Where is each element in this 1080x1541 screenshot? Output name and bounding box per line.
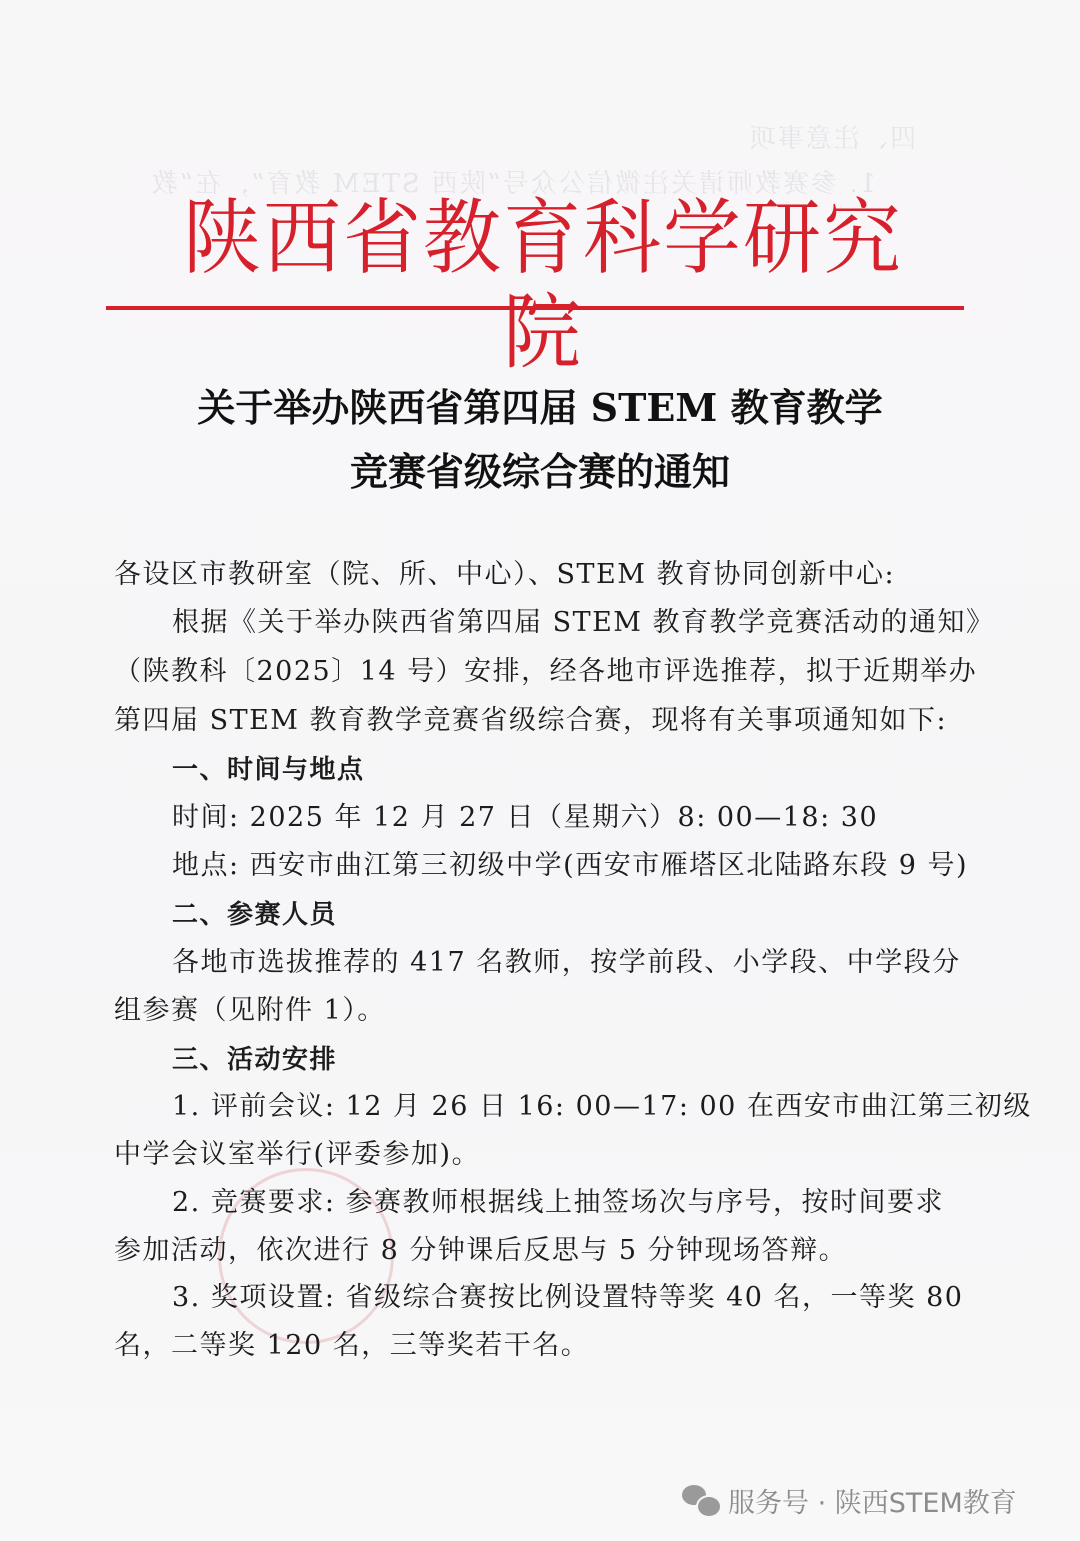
event-time: 时间: 2025 年 12 月 27 日（星期六）8: 00—18: 30 (172, 801, 878, 835)
schedule-item-1-cont: 中学会议室举行(评委参加)。 (114, 1138, 480, 1172)
letterhead-org-name: 陕西省教育科学研究院 (148, 192, 938, 381)
intro-line: （陕教科〔2025〕14 号）安排，经各地市评选推荐，拟于近期举办 (114, 655, 977, 689)
section-heading-schedule: 三、活动安排 (172, 1043, 337, 1077)
watermark-text: 服务号 · 陕西STEM教育 (728, 1481, 1017, 1520)
intro-line: 第四届 STEM 教育教学竞赛省级综合赛，现将有关事项通知如下: (114, 704, 947, 738)
bleed-through-text: 四、注意事项 (748, 118, 916, 155)
document-title-line2: 竞赛省级综合赛的通知 (100, 450, 980, 494)
salutation: 各设区市教研室（院、所、中心）、STEM 教育协同创新中心: (114, 558, 895, 592)
document-title-line1: 关于举办陕西省第四届 STEM 教育教学 (100, 386, 980, 430)
section-heading-participants: 二、参赛人员 (172, 898, 337, 932)
wechat-icon (682, 1483, 722, 1517)
wechat-watermark: 服务号 · 陕西STEM教育 (682, 1480, 1017, 1520)
schedule-item-1: 1. 评前会议: 12 月 26 日 16: 00—17: 00 在西安市曲江第… (172, 1090, 1032, 1124)
section-heading-time-place: 一、时间与地点 (172, 753, 365, 787)
participants-line: 各地市选拔推荐的 417 名教师，按学前段、小学段、中学段分 (172, 946, 961, 980)
event-place: 地点: 西安市曲江第三初级中学(西安市雁塔区北陆路东段 9 号) (172, 849, 968, 883)
letterhead-divider (106, 306, 964, 310)
schedule-item-2-cont: 参加活动，依次进行 8 分钟课后反思与 5 分钟现场答辩。 (114, 1234, 847, 1268)
intro-line: 根据《关于举办陕西省第四届 STEM 教育教学竞赛活动的通知》 (172, 606, 995, 640)
schedule-item-3: 3. 奖项设置: 省级综合赛按比例设置特等奖 40 名，一等奖 80 (172, 1281, 963, 1315)
schedule-item-3-cont: 名，二等奖 120 名，三等奖若干名。 (114, 1329, 589, 1363)
participants-line: 组参赛（见附件 1）。 (114, 994, 386, 1028)
document-page: 四、注意事项 1. 参赛教师请关注微信公众号“陕西 STEM 教育”，在“教 陕… (0, 0, 1080, 1541)
schedule-item-2: 2. 竞赛要求: 参赛教师根据线上抽签场次与序号，按时间要求 (172, 1186, 944, 1220)
